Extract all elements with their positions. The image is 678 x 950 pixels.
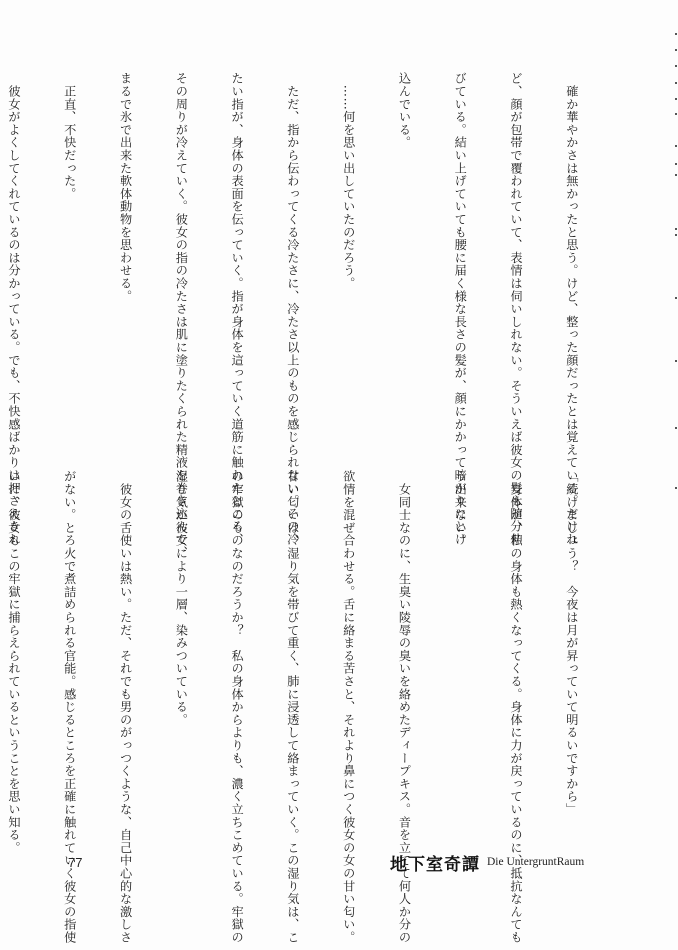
scan-mark — [675, 228, 677, 230]
text-column: 甘い匂いは、湿り気を帯びて重く、肺に浸透して絡まっていく。この湿り気は、こ — [283, 470, 302, 840]
text-column: 確か華やかさは無かったと思う。けど、整った顔だったとは覚えている。だけれ — [562, 72, 581, 452]
book-page: 確か華やかさは無かったと思う。けど、整った顔だったとは覚えている。だけれ ど、顔… — [0, 0, 678, 950]
scan-mark — [675, 297, 677, 299]
text-column: 女同士なのに、生臭い陵辱の臭いを絡めたディープキス。音を立てて何人か分の — [395, 470, 414, 840]
scan-mark — [675, 427, 677, 429]
text-column: たい指が、身体の表面を伝っていく。指が身体を這っていく道筋に触れたところ、 — [228, 72, 247, 452]
text-column: ど、顔が包帯で覆われていて、表情は伺いしれない。そういえば彼女の髪も随分伸 — [506, 72, 525, 452]
scan-mark — [675, 65, 677, 67]
text-column: まるで氷で出来た軟体動物を思わせる。 — [116, 72, 135, 452]
scan-mark — [675, 487, 677, 489]
page-number: 77 — [68, 855, 82, 870]
text-column: ただ、指から伝わってくる冷たさに、冷たさ以上のものを感じられない。その冷 — [283, 72, 302, 452]
scan-mark — [675, 82, 677, 84]
text-column: がない。とろ火で煮詰められる官能。感じるところを正確に触れていく彼女の指使 — [60, 470, 79, 840]
scan-mark — [675, 145, 677, 147]
text-column: ……何を思い出していたのだろう。 — [339, 72, 358, 452]
scan-mark — [675, 113, 677, 115]
text-column: の牢獄のものなのだろうか？ 私の身体からよりも、濃く立ちこめている。牢獄の — [228, 470, 247, 840]
text-column: 身体が、私の身体も熱くなってくる。身体に力が戻っているのに、抵抗なんても — [506, 470, 525, 840]
scan-mark — [675, 49, 677, 51]
text-column: 欲情を混ぜ合わせる。舌に絡まる苦さと、それより鼻につく彼女の女の甘い匂い。 — [339, 470, 358, 840]
text-column: いに、彼女もこの牢獄に捕らえられているということを思い知る。 — [4, 470, 23, 840]
book-subtitle: Die UntergruntRaum — [487, 856, 584, 868]
scan-mark — [675, 163, 677, 165]
scan-mark — [675, 98, 677, 100]
text-column: 彼女の舌使いは熱い。ただ、それでも男のがっつくような、自己中心的な激しさ — [116, 470, 135, 840]
text-column: その周りが冷えていく。彼女の指の冷たさは肌に塗りたくられた精液を巻き込んで、 — [172, 72, 191, 452]
text-column: 込んでいる。 — [395, 72, 414, 452]
scan-mark — [675, 174, 677, 176]
scan-mark — [675, 33, 677, 35]
text-column: びている。結い上げていても腰に届く様な長さの髪が、顔にかかって暗がりにとけ — [451, 72, 470, 452]
book-title: 地下室奇譚 — [390, 850, 480, 875]
text-block-top: 確か華やかさは無かったと思う。けど、整った顔だったとは覚えている。だけれ ど、顔… — [66, 72, 618, 452]
text-column: 彼女がよくしてくれているのは分かっている。でも、不快感ばかりは押さえきれ — [4, 72, 23, 452]
text-column: 正直、不快だった。 — [60, 72, 79, 452]
text-column: 湿り気が彼女により一層、染みついている。 — [172, 470, 191, 840]
text-column: 「続けましょう？ 今夜は月が昇っていて明るいですから」 — [562, 470, 581, 840]
scan-mark — [675, 360, 677, 362]
text-column: う出来ない。 — [451, 470, 470, 840]
text-block-bottom: 「続けましょう？ 今夜は月が昇っていて明るいですから」 身体が、私の身体も熱くな… — [66, 470, 618, 840]
scan-mark — [675, 234, 677, 236]
